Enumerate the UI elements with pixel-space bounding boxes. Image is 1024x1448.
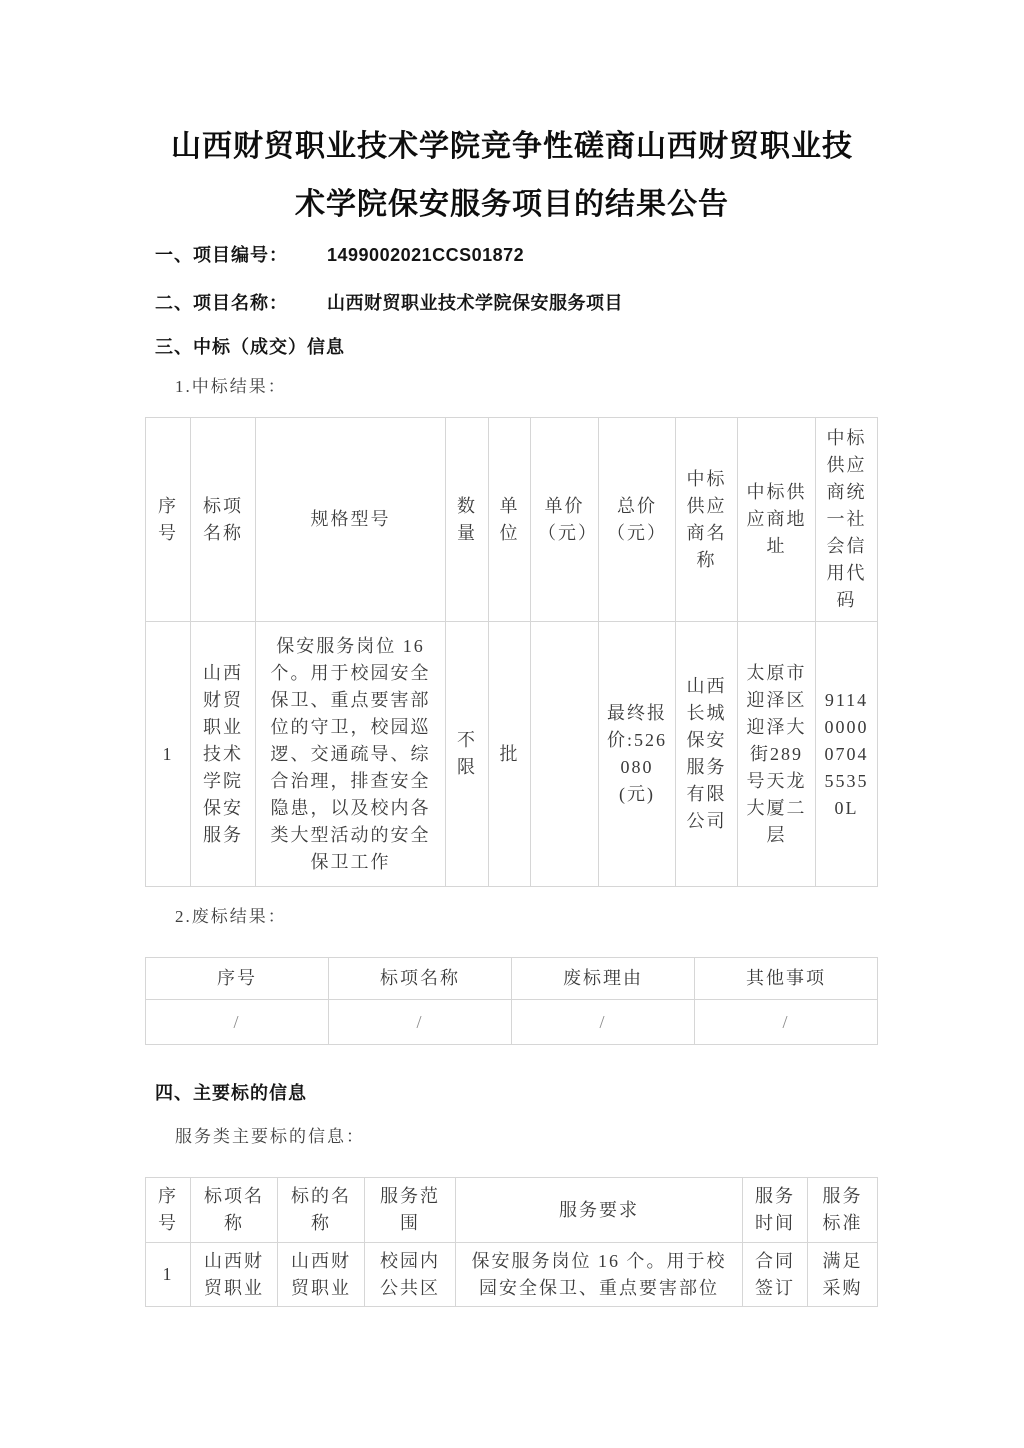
column-header: 单位 (489, 418, 531, 622)
column-header: 标项名称 (191, 418, 256, 622)
table-cell: 山西财贸职业 (191, 1243, 278, 1307)
table-cell: 山西财贸职业 (278, 1243, 365, 1307)
page-title-line-1: 山西财贸职业技术学院竞争性磋商山西财贸职业技 (171, 130, 853, 163)
table-cell: 1 (146, 622, 191, 887)
project-name-value: 山西财贸职业技术学院保安服务项目 (327, 293, 623, 313)
column-header: 序号 (146, 1178, 191, 1243)
project-name-label: 二、项目名称： (155, 293, 288, 313)
table-cell: 保安服务岗位 16 个。用于校园安全保卫、重点要害部位 (456, 1243, 743, 1307)
column-header: 序号 (146, 418, 191, 622)
column-header: 服务时间 (743, 1178, 808, 1243)
table-cell (531, 622, 599, 887)
table-cell: 最终报价:526080(元) (599, 622, 676, 887)
table-cell: 91140000070455350L (816, 622, 878, 887)
column-header: 规格型号 (256, 418, 446, 622)
column-header: 服务范围 (365, 1178, 456, 1243)
column-header: 序号 (146, 958, 329, 1000)
table-cell: 山西财贸职业技术学院保安服务 (191, 622, 256, 887)
column-header: 废标理由 (512, 958, 695, 1000)
table-cell: 保安服务岗位 16 个。用于校园安全保卫、重点要害部位的守卫，校园巡逻、交通疏导… (256, 622, 446, 887)
page-title-line-2: 术学院保安服务项目的结果公告 (295, 188, 729, 221)
rejected-bids-table: 序号标项名称废标理由其他事项 //// (145, 957, 878, 1045)
project-number-label: 一、项目编号： (155, 245, 288, 265)
column-header: 服务标准 (808, 1178, 878, 1243)
table-cell: 校园内公共区 (365, 1243, 456, 1307)
project-number-value: 1499002021CCS01872 (327, 245, 524, 265)
section-heading-main-info: 四、主要标的信息 (155, 1081, 877, 1105)
column-header: 中标供应商地址 (738, 418, 816, 622)
table-row: 1山西财贸职业技术学院保安服务保安服务岗位 16 个。用于校园安全保卫、重点要害… (146, 622, 878, 887)
award-results-table: 序号标项名称规格型号数量单位单价（元）总价（元）中标供应商名称中标供应商地址中标… (145, 417, 878, 887)
table-row: //// (146, 1000, 878, 1045)
column-header: 总价（元） (599, 418, 676, 622)
document-content: 一、项目编号： 1499002021CCS01872 二、项目名称： 山西财贸职… (145, 243, 877, 1307)
subheading-service-items: 服务类主要标的信息： (175, 1125, 877, 1149)
table-cell: / (695, 1000, 878, 1045)
column-header: 服务要求 (456, 1178, 743, 1243)
table-cell: 满足采购 (808, 1243, 878, 1307)
award-table-header-row: 序号标项名称规格型号数量单位单价（元）总价（元）中标供应商名称中标供应商地址中标… (146, 418, 878, 622)
table-row: 1山西财贸职业山西财贸职业校园内公共区保安服务岗位 16 个。用于校园安全保卫、… (146, 1243, 878, 1307)
column-header: 标项名称 (329, 958, 512, 1000)
subheading-award-results: 1.中标结果： (175, 375, 877, 399)
table-cell: 1 (146, 1243, 191, 1307)
column-header: 标项名称 (191, 1178, 278, 1243)
column-header: 其他事项 (695, 958, 878, 1000)
table-cell: 太原市迎泽区迎泽大街289号天龙大厦二层 (738, 622, 816, 887)
service-items-table: 序号标项名称标的名称服务范围服务要求服务时间服务标准 1山西财贸职业山西财贸职业… (145, 1177, 878, 1307)
column-header: 数量 (446, 418, 489, 622)
table-cell: 山西长城保安服务有限公司 (676, 622, 738, 887)
document-page: 山西财贸职业技术学院竞争性磋商山西财贸职业技 术学院保安服务项目的结果公告 一、… (0, 0, 1024, 1448)
table-cell: / (329, 1000, 512, 1045)
subheading-rejected-bids: 2.废标结果： (175, 905, 877, 929)
table-cell: / (146, 1000, 329, 1045)
section-heading-award-info: 三、中标（成交）信息 (155, 335, 877, 359)
page-title: 山西财贸职业技术学院竞争性磋商山西财贸职业技 术学院保安服务项目的结果公告 (0, 0, 1024, 234)
table-cell: 合同签订 (743, 1243, 808, 1307)
column-header: 单价（元） (531, 418, 599, 622)
column-header: 标的名称 (278, 1178, 365, 1243)
column-header: 中标供应商名称 (676, 418, 738, 622)
table-cell: / (512, 1000, 695, 1045)
project-name-row: 二、项目名称： 山西财贸职业技术学院保安服务项目 (155, 291, 877, 315)
table-cell: 批 (489, 622, 531, 887)
column-header: 中标供应商统一社会信用代码 (816, 418, 878, 622)
service-table-header-row: 序号标项名称标的名称服务范围服务要求服务时间服务标准 (146, 1178, 878, 1243)
rejected-table-header-row: 序号标项名称废标理由其他事项 (146, 958, 878, 1000)
project-number-row: 一、项目编号： 1499002021CCS01872 (155, 243, 877, 267)
table-cell: 不限 (446, 622, 489, 887)
